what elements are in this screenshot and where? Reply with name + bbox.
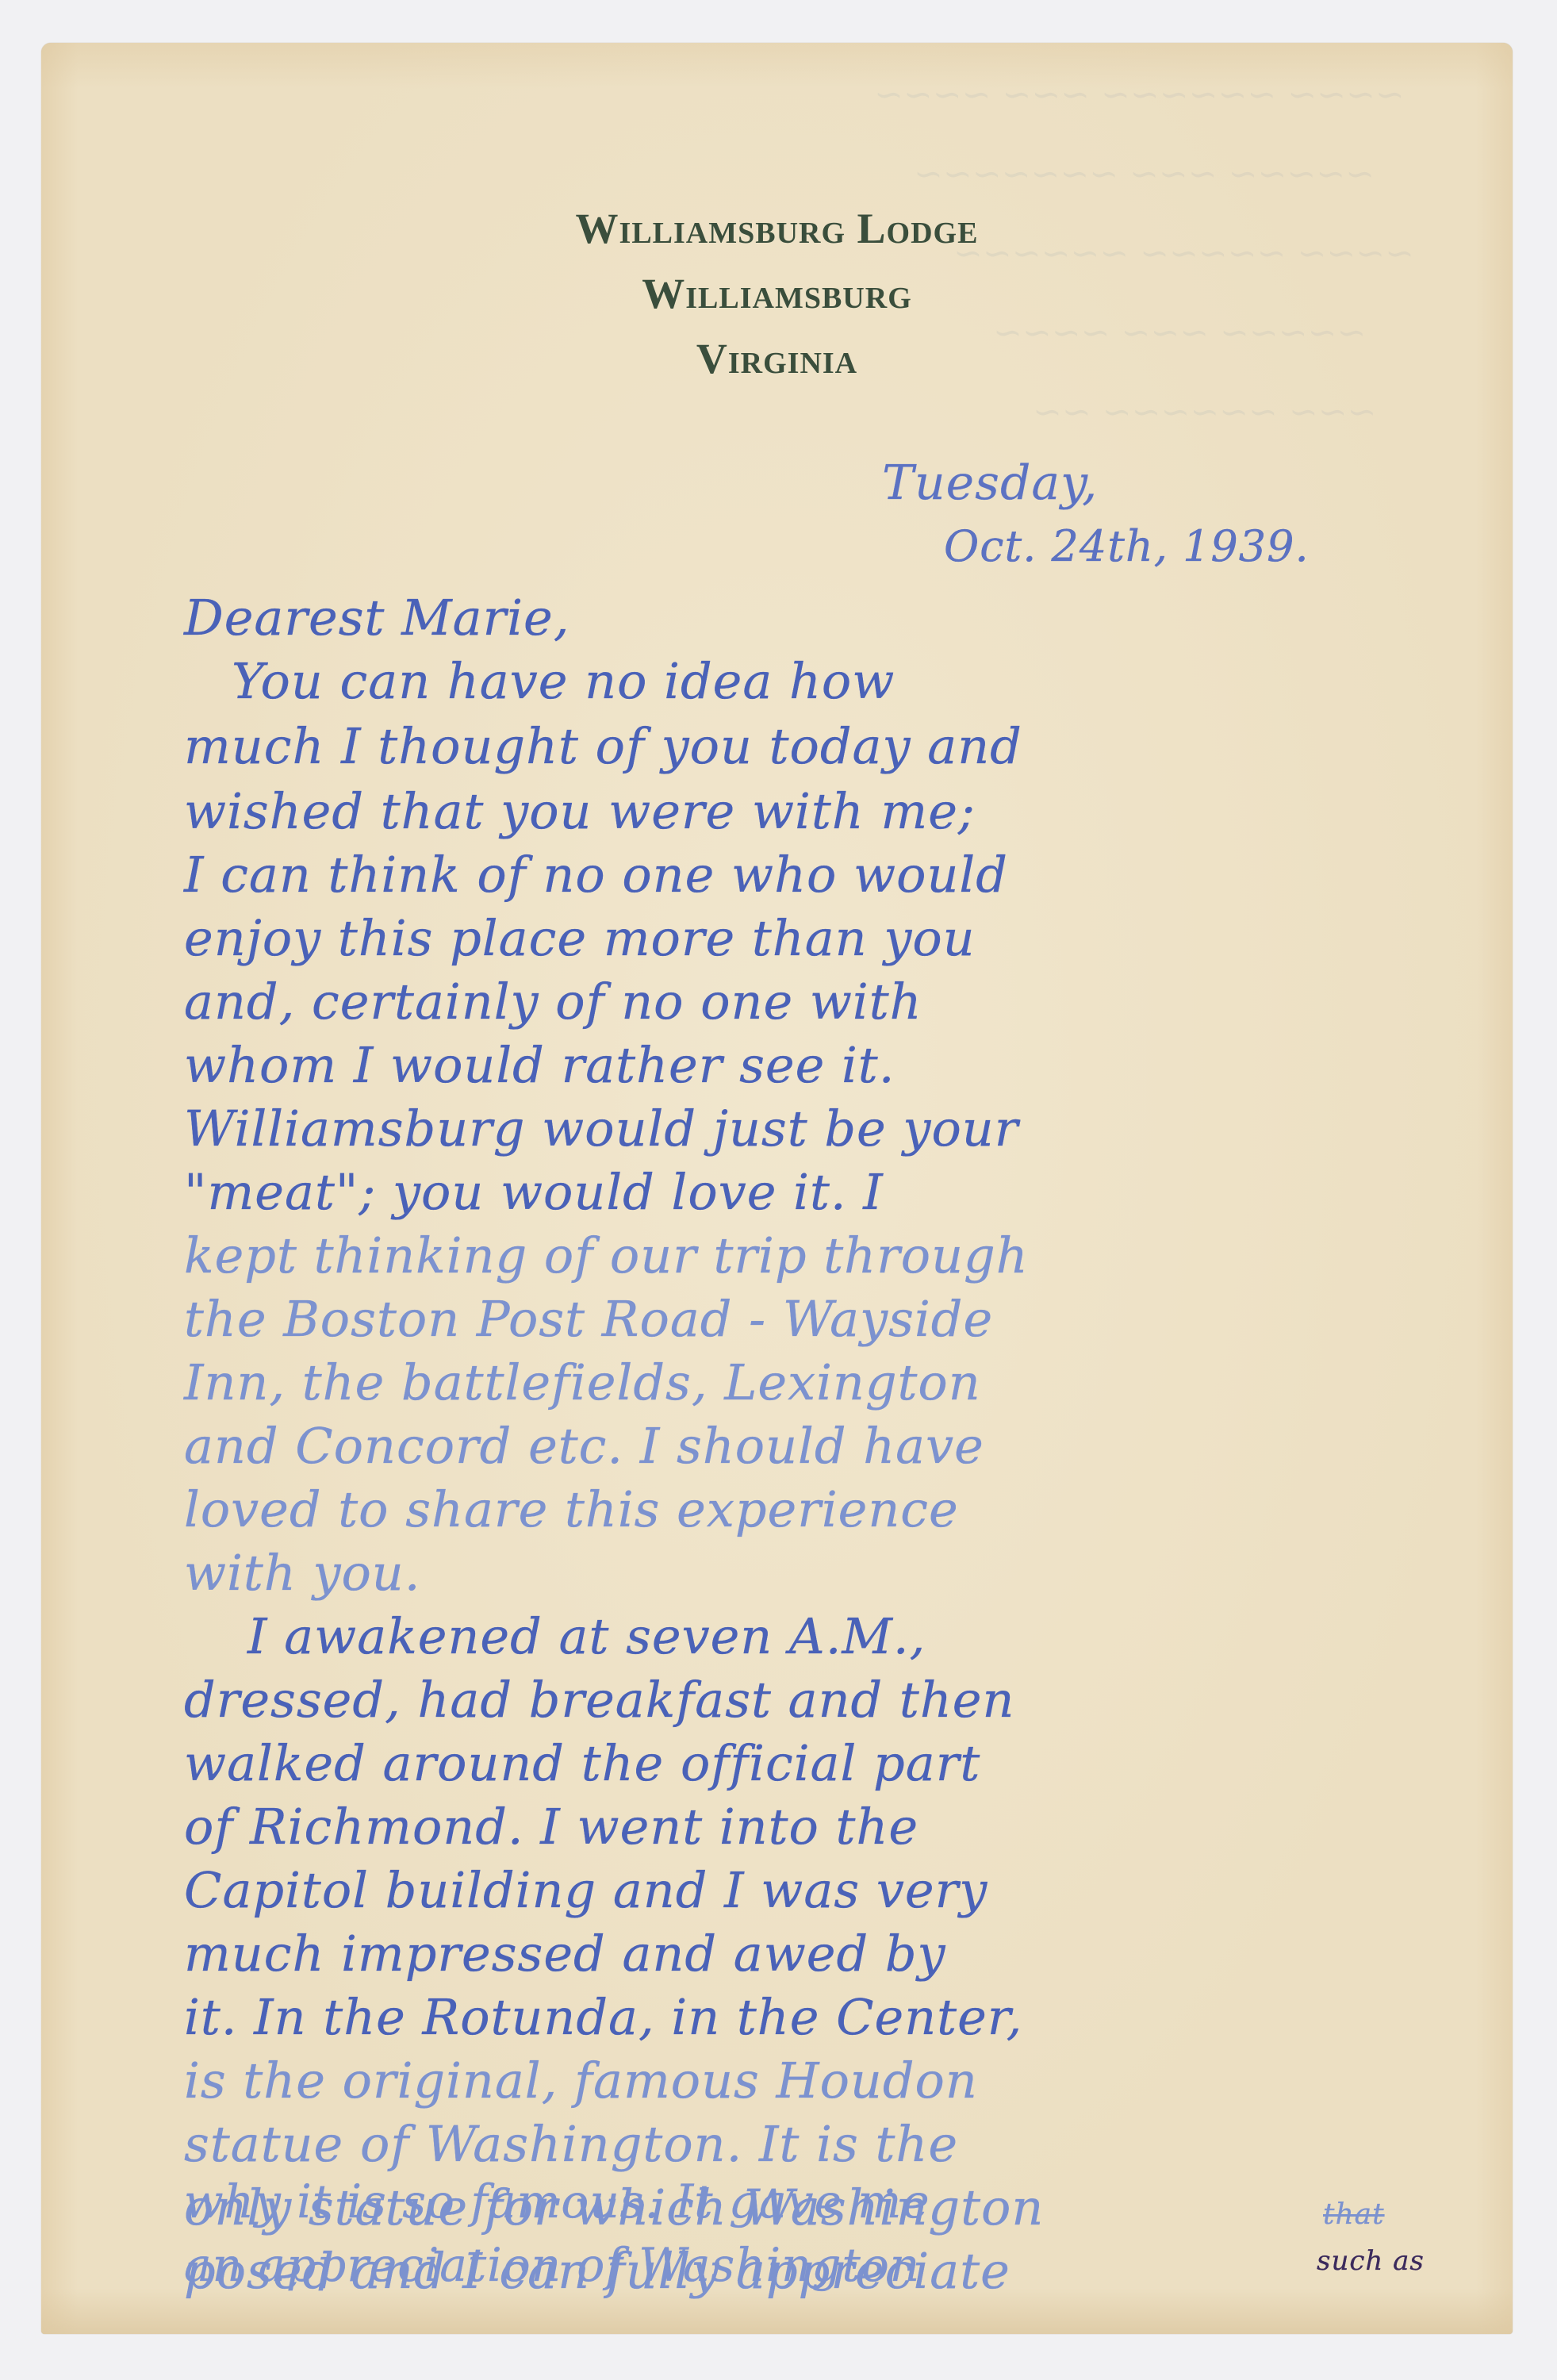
body-line: it. In the Rotunda, in the Center,	[184, 1990, 1022, 2045]
body-line: "meat"; you would love it. I	[184, 1165, 884, 1220]
body-line: I can think of no one who would	[184, 847, 1008, 903]
body-line: and Concord etc. I should have	[184, 1418, 984, 1474]
body-line: dressed, had breakfast and then	[184, 1672, 1014, 1728]
body-line: Capitol building and I was very	[184, 1863, 988, 1918]
body-line-28: an appreciation of Washington	[184, 2237, 920, 2293]
body-line: of Richmond. I went into the	[184, 1799, 918, 1855]
show-through-text: ~~~~~ ~~~ ~~~~~~~	[914, 154, 1375, 194]
body-line: enjoy this place more than you	[184, 911, 976, 966]
body-line: Williamsburg would just be your	[184, 1101, 1018, 1157]
body-line: and, certainly of no one with	[184, 974, 922, 1030]
letterhead-line-3: Virginia	[41, 335, 1513, 384]
body-line: statue of Washington. It is the	[184, 2117, 958, 2172]
inserted-correction: such as	[1317, 2245, 1425, 2277]
date-full: Oct. 24th, 1939.	[944, 519, 1310, 574]
body-line: much I thought of you today and	[184, 719, 1022, 774]
show-through-text: ~~~ ~~~~~~ ~~	[1033, 392, 1377, 432]
body-line: kept thinking of our trip through	[184, 1228, 1029, 1284]
salutation: Dearest Marie,	[184, 590, 569, 646]
body-line: walked around the official part	[184, 1736, 980, 1791]
body-line: You can have no idea how	[232, 654, 895, 709]
body-line: the Boston Post Road - Wayside	[184, 1292, 993, 1347]
struck-word: that	[1323, 2199, 1385, 2231]
body-line-27: why it is so famous. It gave me	[184, 2174, 930, 2229]
body-line: loved to share this experience	[184, 1482, 959, 1537]
body-line: much impressed and awed by	[184, 1926, 946, 1982]
letterhead-line-1: Williamsburg Lodge	[41, 205, 1513, 254]
date-weekday: Tuesday,	[882, 455, 1098, 511]
body-line: whom I would rather see it.	[184, 1038, 895, 1093]
letter-page: ~~~~ ~~~~~~ ~~~ ~~~~ ~~~~~ ~~~ ~~~~~~~ ~…	[41, 43, 1513, 2334]
body-line: I awakened at seven A.M.,	[247, 1609, 926, 1664]
body-line: is the original, famous Houdon	[184, 2053, 978, 2109]
letterhead-line-2: Williamsburg	[41, 270, 1513, 319]
body-line: Inn, the battlefields, Lexington	[184, 1355, 981, 1411]
body-line: wished that you were with me;	[184, 784, 976, 839]
body-line: with you.	[184, 1545, 420, 1601]
show-through-text: ~~~~ ~~~~~~ ~~~ ~~~~	[874, 75, 1405, 115]
